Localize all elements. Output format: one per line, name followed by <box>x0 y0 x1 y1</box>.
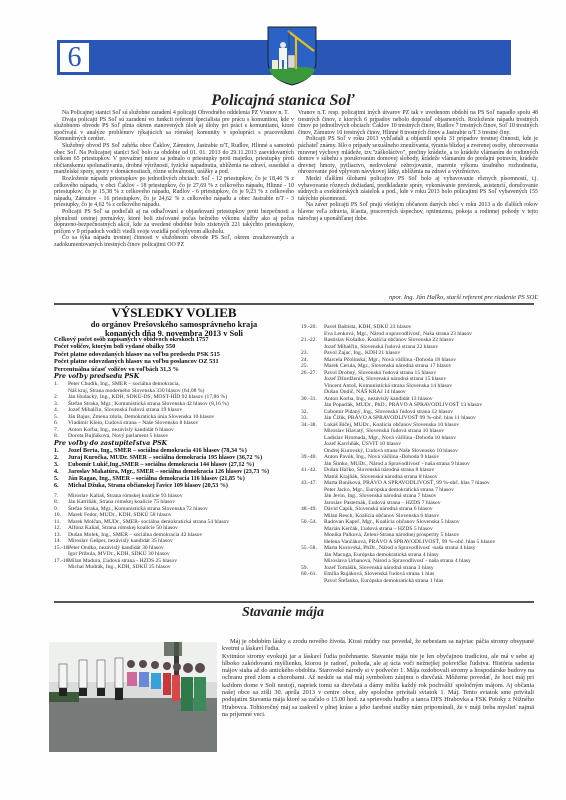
elections-stats: Celkový počet osôb zapísaných v obidvoch… <box>54 336 294 373</box>
candidate-result: Pavol Štefanko, Európska demokratická st… <box>324 578 443 585</box>
elections-title: VÝSLEDKY VOLIEB <box>54 306 294 320</box>
rank-number: 8. <box>54 433 68 440</box>
stat-line: Počet platne odovzdaných hlasov na voľbu… <box>54 358 294 365</box>
rank-number: 3. <box>54 462 68 469</box>
rank-number <box>54 564 68 571</box>
candidate-result: Jozef Berta, Ing., SMER – sociálna demok… <box>68 448 247 455</box>
paragraph: Medzi ďalšími úlohami policajtov PS Soľ … <box>298 176 538 202</box>
candidate-result: Ľubomír Lukič,Ing.,SMER – sociálna demok… <box>68 462 254 469</box>
paragraph: Máj je obdobím lásky a zrodu nového živo… <box>222 638 534 653</box>
stat-line: Počet platne odovzdaných hlasov na voľbu… <box>54 351 294 358</box>
list-item: 3.Ľubomír Lukič,Ing.,SMER – sociálna dem… <box>54 462 294 469</box>
list-item: Michal Mudrák, Ing., KDH, SDKÚ 25 hlasov <box>54 564 294 571</box>
police-article-title: Policajná stanica Soľ <box>0 92 566 110</box>
council-heading: Pre voľby do zastupiteľstva PSK <box>54 440 294 448</box>
stat-line: Celkový počet osôb zapísaných v obidvoch… <box>54 336 294 343</box>
candidate-result: Michal Mudrák, Ing., KDH, SDKÚ 25 hlasov <box>68 564 171 571</box>
rank-number: 2. <box>54 455 68 462</box>
folk-dancers-photo <box>49 642 217 752</box>
paragraph: Vranov n.T. resp. policajtmi iných útvar… <box>298 110 538 136</box>
council-others-list: 7.Miroslav Kaliaš, Strana rómskej koalíc… <box>54 493 294 571</box>
candidate-result: Ján Ragan, Ing., SMER – sociálna demokra… <box>68 476 245 483</box>
maj-article-title: Stavanie mája <box>0 605 566 621</box>
rank-number: 5. <box>54 476 68 483</box>
rank-number: 1. <box>54 448 68 455</box>
chair-results-list: 1.Peter Chudík, Ing., SMER – sociálna de… <box>54 381 294 440</box>
stat-line: Počet voličov, ktorým boli vydané obálky… <box>54 343 294 350</box>
paragraph: Kvitnúce stromy evokujú jar a láskaví ľu… <box>222 653 534 719</box>
elections-subtitle-1: do orgánov Prešovského samosprávneho kra… <box>54 320 294 329</box>
police-article-right-column: Vranov n.T. resp. policajtmi iných útvar… <box>298 110 538 222</box>
list-item: 4.Jaroslav Makatúra, Mgr., SMER – sociál… <box>54 469 294 476</box>
paragraph: Dvaja policajti PS Soľ sú zaradení vo fu… <box>54 117 294 143</box>
candidate-result: Juraj Kuročka, MUDr. SMER – sociálna dem… <box>68 455 262 462</box>
elections-left-lists: Pre voľby predsedu PSK 1.Peter Chudík, I… <box>54 373 294 571</box>
paragraph: Čo sa týka nápadu trestnej činnosti v sl… <box>54 235 294 248</box>
rank-number <box>301 578 324 585</box>
paragraph: Služobný obvod PS Soľ zahŕňa obce Čaklov… <box>54 143 294 176</box>
paragraph: Na Policajnej stanici Soľ sú služobne za… <box>54 110 294 117</box>
paragraph: Rozloženie nápadu priestupkov po jednotl… <box>54 176 294 209</box>
list-item: Pavol Štefanko, Európska demokratická st… <box>301 578 541 585</box>
candidate-result: Jaroslav Makatúra, Mgr., SMER – sociálna… <box>68 469 269 476</box>
list-item: 2.Juraj Kuročka, MUDr. SMER – sociálna d… <box>54 455 294 462</box>
rank-number: 4. <box>54 469 68 476</box>
candidate-result: Dorota Bujňáková, Nový parlament 5 hlaso… <box>68 433 168 440</box>
list-item: 6.Michal Džuka, Strana občianskej ľavice… <box>54 483 294 490</box>
coat-of-arms-icon <box>266 25 318 87</box>
council-elected-list: 1.Jozef Berta, Ing., SMER – sociálna dem… <box>54 448 294 490</box>
list-item: 1.Jozef Berta, Ing., SMER – sociálna dem… <box>54 448 294 455</box>
paragraph: Na záver policajti PS Soľ prajú všetkým … <box>298 202 538 222</box>
section-divider <box>54 601 534 603</box>
police-article-signature: npor. Ing. Ján Haľko, starší referent pr… <box>298 294 538 301</box>
chair-heading: Pre voľby predsedu PSK <box>54 373 294 381</box>
candidate-result: Michal Džuka, Strana občianskej ľavice 1… <box>68 483 228 490</box>
list-item: 5.Ján Ragan, Ing., SMER – sociálna demok… <box>54 476 294 483</box>
stat-line: Percentuálna účasť voličov vo voľbách 31… <box>54 366 294 373</box>
paragraph: Policajti PS Soľ sa podieľali aj na odha… <box>54 209 294 235</box>
maj-article-text: Máj je obdobím lásky a zrodu nového živo… <box>222 638 534 718</box>
rank-number: 6. <box>54 483 68 490</box>
police-article-left-column: Na Policajnej stanici Soľ sú služobne za… <box>54 110 294 248</box>
council-others-list-continued: 19.-20.Pavel Baštista, KDH, SDKÚ 23 hlas… <box>301 324 541 584</box>
page-number: 6 <box>59 42 90 73</box>
elections-heading: VÝSLEDKY VOLIEB do orgánov Prešovského s… <box>54 306 294 339</box>
paragraph: Policajti PS Soľ v roku 2013 vyhľadali a… <box>298 136 538 176</box>
